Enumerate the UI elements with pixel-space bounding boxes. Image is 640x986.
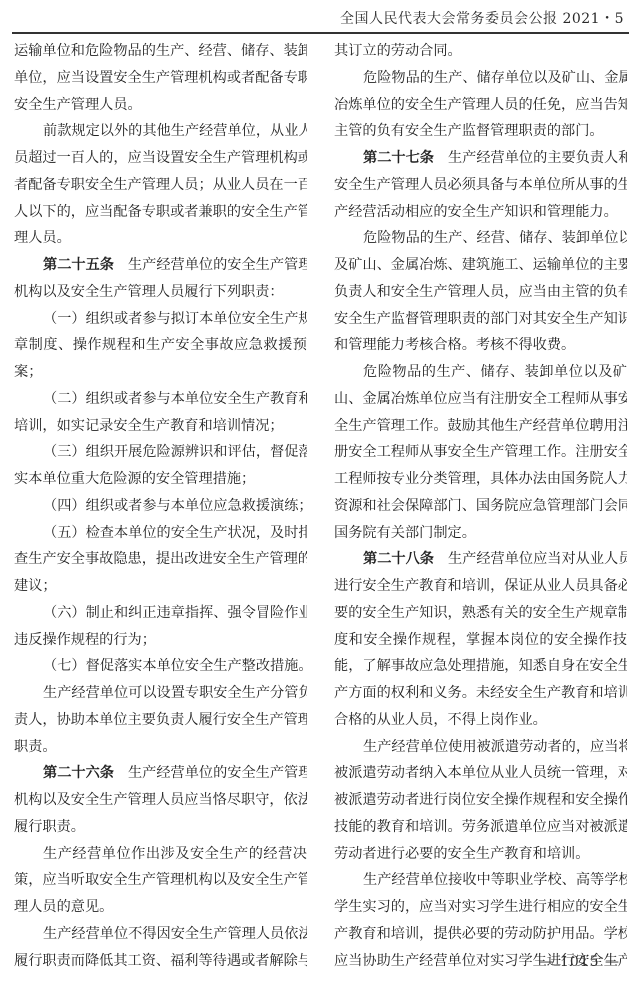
line-text: 安全生产管理人员必须具备与本单位所从事的生 xyxy=(334,177,627,193)
text-line: 员超过一百人的，应当设置安全生产管理机构或 xyxy=(14,145,307,172)
text-line: 安全生产监督管理职责的部门对其安全生产知识 xyxy=(334,306,627,333)
line-text: 资源和社会保障部门、国务院应急管理部门会同 xyxy=(334,498,627,514)
text-line: 资源和社会保障部门、国务院应急管理部门会同 xyxy=(334,493,627,520)
page-number: — 1015 — xyxy=(539,954,620,970)
line-text: 进行安全生产教育和培训，保证从业人员具备必 xyxy=(334,578,627,594)
line-text: 理人员。 xyxy=(14,230,71,246)
text-line: 山、金属冶炼单位应当有注册安全工程师从事安 xyxy=(334,386,627,413)
line-text: 履行职责而降低其工资、福利等待遇或者解除与 xyxy=(14,953,307,969)
line-text: 履行职责。 xyxy=(14,819,85,835)
text-line: 能，了解事故应急处理措施，知悉自身在安全生 xyxy=(334,653,627,680)
text-line: 劳动者进行必要的安全生产教育和培训。 xyxy=(334,841,627,868)
text-line: 者配备专职安全生产管理人员；从业人员在一百 xyxy=(14,172,307,199)
text-line: 建议； xyxy=(14,573,307,600)
text-line: 危险物品的生产、储存单位以及矿山、金属 xyxy=(334,65,627,92)
line-text: 人以下的，应当配备专职或者兼职的安全生产管 xyxy=(14,204,307,220)
text-line: 违反操作规程的行为； xyxy=(14,627,307,654)
line-text: （七）督促落实本单位安全生产整改措施。 xyxy=(43,658,307,674)
line-text: 技能的教育和培训。劳务派遣单位应当对被派遣 xyxy=(334,819,627,835)
article-line: 第二十八条生产经营单位应当对从业人员 xyxy=(334,546,627,573)
text-line: 技能的教育和培训。劳务派遣单位应当对被派遣 xyxy=(334,814,627,841)
line-text: 责人，协助本单位主要负责人履行安全生产管理 xyxy=(14,712,307,728)
line-text: 职责。 xyxy=(14,739,57,755)
line-text: 和管理能力考核合格。考核不得收费。 xyxy=(334,337,575,353)
text-line: 安全生产管理人员必须具备与本单位所从事的生 xyxy=(334,172,627,199)
line-text: 培训，如实记录安全生产教育和培训情况； xyxy=(14,418,284,434)
text-line: 责人，协助本单位主要负责人履行安全生产管理 xyxy=(14,707,307,734)
line-text: 能，了解事故应急处理措施，知悉自身在安全生 xyxy=(334,658,627,674)
text-line: 机构以及安全生产管理人员履行下列职责： xyxy=(14,279,307,306)
text-line: 册安全工程师从事安全生产管理工作。注册安全 xyxy=(334,439,627,466)
header-rule xyxy=(12,32,629,34)
text-line: 要的安全生产知识，熟悉有关的安全生产规章制 xyxy=(334,600,627,627)
line-text: 实本单位重大危险源的安全管理措施； xyxy=(14,471,255,487)
text-line: （三）组织开展危险源辨识和评估，督促落 xyxy=(14,439,307,466)
text-line: 生产经营单位接收中等职业学校、高等学校 xyxy=(334,867,627,894)
line-text: 安全生产管理人员。 xyxy=(14,97,142,113)
text-line: 被派遣劳动者纳入本单位从业人员统一管理，对 xyxy=(334,760,627,787)
text-line: 生产经营单位不得因安全生产管理人员依法 xyxy=(14,921,307,948)
text-line: 理人员。 xyxy=(14,225,307,252)
line-text: 生产经营单位的安全生产管理 xyxy=(128,765,307,781)
text-line: （四）组织或者参与本单位应急救援演练； xyxy=(14,493,307,520)
text-line: 安全生产管理人员。 xyxy=(14,92,307,119)
text-line: 危险物品的生产、经营、储存、装卸单位以 xyxy=(334,225,627,252)
line-text: 策，应当听取安全生产管理机构以及安全生产管 xyxy=(14,872,307,888)
line-text: 安全生产监督管理职责的部门对其安全生产知识 xyxy=(334,311,627,327)
line-text: 生产经营单位接收中等职业学校、高等学校 xyxy=(363,872,627,888)
text-line: 主管的负有安全生产监督管理职责的部门。 xyxy=(334,118,627,145)
text-line: 章制度、操作规程和生产安全事故应急救援预 xyxy=(14,332,307,359)
line-text: 国务院有关部门制定。 xyxy=(334,525,476,541)
line-text: 工程师按专业分类管理，具体办法由国务院人力 xyxy=(334,471,627,487)
text-line: 案； xyxy=(14,359,307,386)
text-line: 产方面的权利和义务。未经安全生产教育和培训 xyxy=(334,680,627,707)
text-line: 策，应当听取安全生产管理机构以及安全生产管 xyxy=(14,867,307,894)
text-line: 机构以及安全生产管理人员应当恪尽职守，依法 xyxy=(14,787,307,814)
line-text: 度和安全操作规程，掌握本岗位的安全操作技 xyxy=(334,632,627,648)
line-text: 生产经营单位应当对从业人员 xyxy=(448,551,627,567)
line-text: 理人员的意见。 xyxy=(14,899,113,915)
line-text: 员超过一百人的，应当设置安全生产管理机构或 xyxy=(14,150,307,166)
line-text: （一）组织或者参与拟订本单位安全生产规 xyxy=(43,311,307,327)
text-line: 实本单位重大危险源的安全管理措施； xyxy=(14,466,307,493)
line-text: 册安全工程师从事安全生产管理工作。注册安全 xyxy=(334,444,627,460)
line-text: 运输单位和危险物品的生产、经营、储存、装卸 xyxy=(14,43,307,59)
text-line: 度和安全操作规程，掌握本岗位的安全操作技 xyxy=(334,627,627,654)
line-text: 者配备专职安全生产管理人员；从业人员在一百 xyxy=(14,177,307,193)
line-text: 产经营活动相应的安全生产知识和管理能力。 xyxy=(334,204,618,220)
text-line: 和管理能力考核合格。考核不得收费。 xyxy=(334,332,627,359)
text-line: （五）检查本单位的安全生产状况，及时排 xyxy=(14,520,307,547)
text-line: 全生产管理工作。鼓励其他生产经营单位聘用注 xyxy=(334,413,627,440)
line-text: 机构以及安全生产管理人员应当恪尽职守，依法 xyxy=(14,792,307,808)
line-text: 被派遣劳动者纳入本单位从业人员统一管理，对 xyxy=(334,765,627,781)
text-line: 履行职责。 xyxy=(14,814,307,841)
text-line: 国务院有关部门制定。 xyxy=(334,520,627,547)
line-text: 前款规定以外的其他生产经营单位，从业人 xyxy=(43,123,307,139)
text-line: 生产经营单位作出涉及安全生产的经营决 xyxy=(14,841,307,868)
line-text: 学生实习的，应当对实习学生进行相应的安全生 xyxy=(334,899,627,915)
text-line: （六）制止和纠正违章指挥、强令冒险作业、 xyxy=(14,600,307,627)
text-line: 工程师按专业分类管理，具体办法由国务院人力 xyxy=(334,466,627,493)
line-text: 危险物品的生产、储存单位以及矿山、金属 xyxy=(363,70,627,86)
line-text: （四）组织或者参与本单位应急救援演练； xyxy=(43,498,307,514)
line-text: 及矿山、金属冶炼、建筑施工、运输单位的主要 xyxy=(334,257,627,273)
line-text: 违反操作规程的行为； xyxy=(14,632,156,648)
line-text: （二）组织或者参与本单位安全生产教育和 xyxy=(43,391,307,407)
article-number: 第二十五条 xyxy=(43,257,114,273)
line-text: 负责人和安全生产管理人员，应当由主管的负有 xyxy=(334,284,627,300)
text-line: 进行安全生产教育和培训，保证从业人员具备必 xyxy=(334,573,627,600)
line-text: 产方面的权利和义务。未经安全生产教育和培训 xyxy=(334,685,627,701)
text-line: 学生实习的，应当对实习学生进行相应的安全生 xyxy=(334,894,627,921)
line-text: 查生产安全事故隐患，提出改进安全生产管理的 xyxy=(14,551,307,567)
line-text: 生产经营单位使用被派遣劳动者的，应当将 xyxy=(363,739,627,755)
line-text: 单位，应当设置安全生产管理机构或者配备专职 xyxy=(14,70,307,86)
line-text: 被派遣劳动者进行岗位安全操作规程和安全操作 xyxy=(334,792,627,808)
text-line: 运输单位和危险物品的生产、经营、储存、装卸 xyxy=(14,38,307,65)
line-text: 生产经营单位可以设置专职安全生产分管负 xyxy=(43,685,307,701)
text-line: 冶炼单位的安全生产管理人员的任免，应当告知 xyxy=(334,92,627,119)
text-line: 生产经营单位可以设置专职安全生产分管负 xyxy=(14,680,307,707)
text-line: 前款规定以外的其他生产经营单位，从业人 xyxy=(14,118,307,145)
line-text: 危险物品的生产、经营、储存、装卸单位以 xyxy=(363,230,627,246)
text-line: 职责。 xyxy=(14,734,307,761)
line-text: 全生产管理工作。鼓励其他生产经营单位聘用注 xyxy=(334,418,627,434)
line-text: 产教育和培训，提供必要的劳动防护用品。学校 xyxy=(334,926,627,942)
running-header: 全国人民代表大会常务委员会公报 2021・5 xyxy=(340,8,624,28)
line-text: 建议； xyxy=(14,578,57,594)
article-number: 第二十八条 xyxy=(363,551,434,567)
text-line: 单位，应当设置安全生产管理机构或者配备专职 xyxy=(14,65,307,92)
text-line: 合格的从业人员，不得上岗作业。 xyxy=(334,707,627,734)
line-text: （三）组织开展危险源辨识和评估，督促落 xyxy=(43,444,307,460)
text-line: 履行职责而降低其工资、福利等待遇或者解除与 xyxy=(14,948,307,975)
text-line: 其订立的劳动合同。 xyxy=(334,38,627,65)
right-column: 其订立的劳动合同。危险物品的生产、储存单位以及矿山、金属冶炼单位的安全生产管理人… xyxy=(334,38,627,974)
article-line: 第二十五条生产经营单位的安全生产管理 xyxy=(14,252,307,279)
text-line: 生产经营单位使用被派遣劳动者的，应当将 xyxy=(334,734,627,761)
text-line: 及矿山、金属冶炼、建筑施工、运输单位的主要 xyxy=(334,252,627,279)
text-line: （七）督促落实本单位安全生产整改措施。 xyxy=(14,653,307,680)
left-column: 运输单位和危险物品的生产、经营、储存、装卸单位，应当设置安全生产管理机构或者配备… xyxy=(14,38,307,974)
text-line: 负责人和安全生产管理人员，应当由主管的负有 xyxy=(334,279,627,306)
line-text: 案； xyxy=(14,364,42,380)
line-text: 山、金属冶炼单位应当有注册安全工程师从事安 xyxy=(334,391,627,407)
text-line: 被派遣劳动者进行岗位安全操作规程和安全操作 xyxy=(334,787,627,814)
line-text: 机构以及安全生产管理人员履行下列职责： xyxy=(14,284,284,300)
line-text: （六）制止和纠正违章指挥、强令冒险作业、 xyxy=(43,605,307,621)
line-text: 生产经营单位的主要负责人和 xyxy=(448,150,627,166)
text-line: 培训，如实记录安全生产教育和培训情况； xyxy=(14,413,307,440)
line-text: 合格的从业人员，不得上岗作业。 xyxy=(334,712,547,728)
line-text: （五）检查本单位的安全生产状况，及时排 xyxy=(43,525,307,541)
text-line: 理人员的意见。 xyxy=(14,894,307,921)
text-line: 查生产安全事故隐患，提出改进安全生产管理的 xyxy=(14,546,307,573)
text-line: 危险物品的生产、储存、装卸单位以及矿 xyxy=(334,359,627,386)
line-text: 劳动者进行必要的安全生产教育和培训。 xyxy=(334,846,589,862)
line-text: 要的安全生产知识，熟悉有关的安全生产规章制 xyxy=(334,605,627,621)
article-number: 第二十七条 xyxy=(363,150,434,166)
line-text: 生产经营单位的安全生产管理 xyxy=(128,257,307,273)
article-line: 第二十六条生产经营单位的安全生产管理 xyxy=(14,760,307,787)
text-line: 产经营活动相应的安全生产知识和管理能力。 xyxy=(334,199,627,226)
line-text: 生产经营单位不得因安全生产管理人员依法 xyxy=(43,926,307,942)
line-text: 主管的负有安全生产监督管理职责的部门。 xyxy=(334,123,604,139)
article-line: 第二十七条生产经营单位的主要负责人和 xyxy=(334,145,627,172)
line-text: 其订立的劳动合同。 xyxy=(334,43,462,59)
article-number: 第二十六条 xyxy=(43,765,114,781)
text-line: （二）组织或者参与本单位安全生产教育和 xyxy=(14,386,307,413)
line-text: 危险物品的生产、储存、装卸单位以及矿 xyxy=(363,364,627,380)
text-line: 产教育和培训，提供必要的劳动防护用品。学校 xyxy=(334,921,627,948)
line-text: 章制度、操作规程和生产安全事故应急救援预 xyxy=(14,337,307,353)
line-text: 冶炼单位的安全生产管理人员的任免，应当告知 xyxy=(334,97,627,113)
text-line: （一）组织或者参与拟订本单位安全生产规 xyxy=(14,306,307,333)
line-text: 生产经营单位作出涉及安全生产的经营决 xyxy=(43,846,307,862)
text-line: 人以下的，应当配备专职或者兼职的安全生产管 xyxy=(14,199,307,226)
